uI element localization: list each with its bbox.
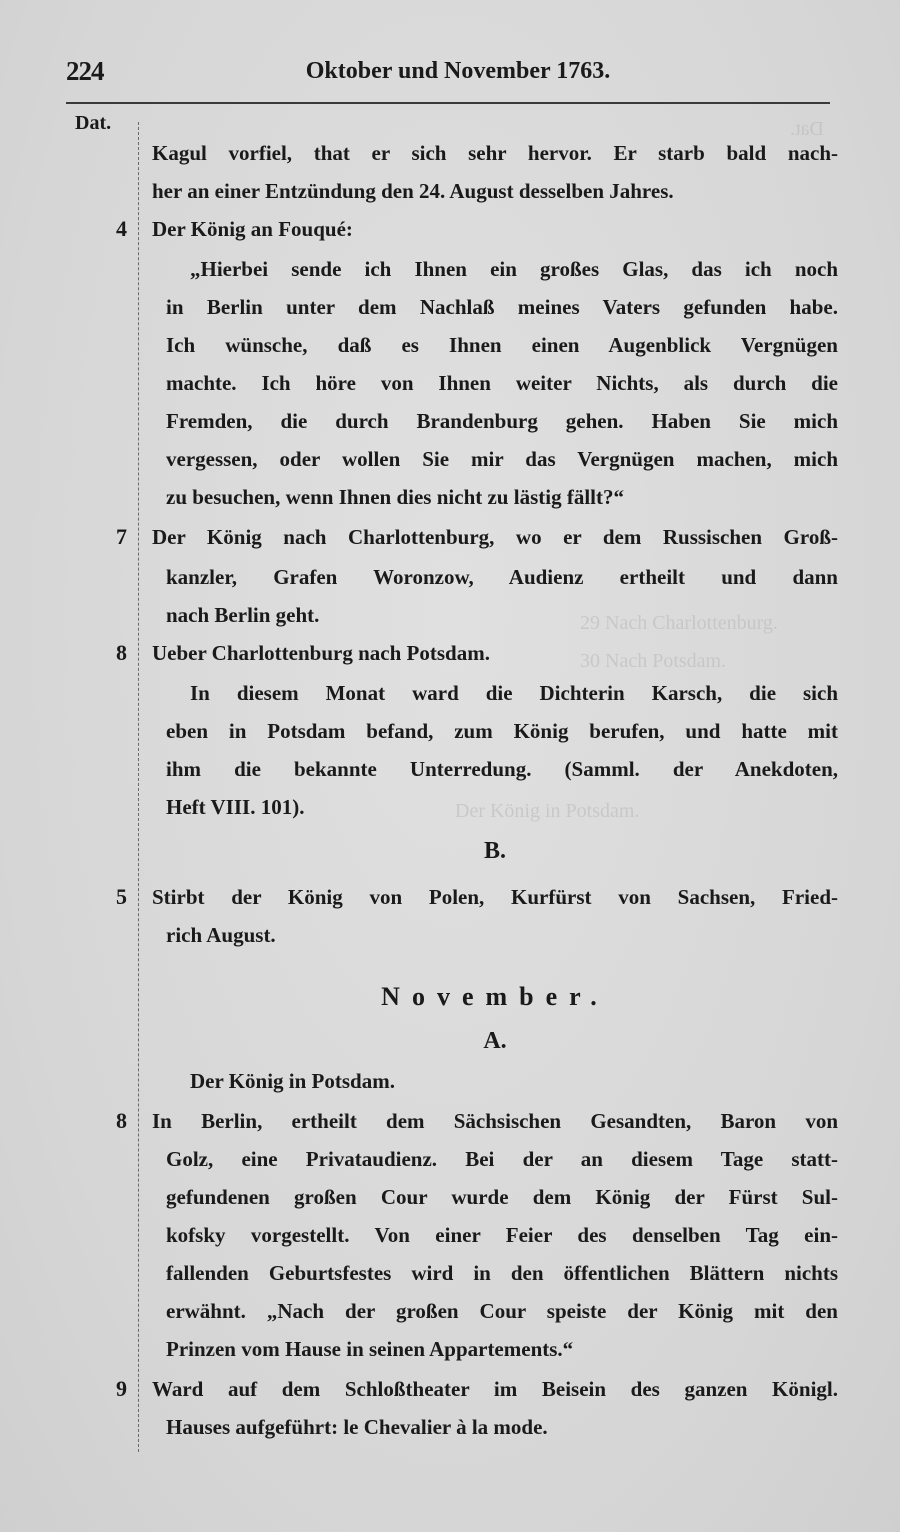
- text-line: Prinzen vom Hause in seinen Appartements…: [166, 1330, 838, 1368]
- text-line: Golz, eine Privataudienz. Bei der an die…: [166, 1140, 838, 1178]
- text-line: eben in Potsdam befand, zum König berufe…: [166, 712, 838, 750]
- text-line: nach Berlin geht.: [166, 596, 838, 634]
- text-line: Ich wünsche, daß es Ihnen einen Augenbli…: [166, 326, 838, 364]
- text-line: her an einer Entzündung den 24. August d…: [152, 172, 838, 210]
- text-line: Hauses aufgeführt: le Chevalier à la mod…: [166, 1408, 838, 1446]
- text-line: In Berlin, ertheilt dem Sächsischen Gesa…: [152, 1102, 838, 1140]
- section-heading-a: A.: [152, 1022, 838, 1060]
- entry-date: 9: [105, 1370, 127, 1408]
- entry-date: 8: [105, 634, 127, 672]
- text-line: kofsky vorgestellt. Von einer Feier des …: [166, 1216, 838, 1254]
- text-line: in Berlin unter dem Nachlaß meines Vater…: [166, 288, 838, 326]
- text-line: zu besuchen, wenn Ihnen dies nicht zu lä…: [166, 478, 838, 516]
- entry-date: 4: [105, 210, 127, 248]
- running-title: Oktober und November 1763.: [66, 58, 830, 85]
- text-line: Ueber Charlottenburg nach Potsdam.: [152, 634, 838, 672]
- section-heading-b: B.: [152, 832, 838, 870]
- text-line: In diesem Monat ward die Dichterin Karsc…: [190, 674, 838, 712]
- text-line: Ward auf dem Schloßtheater im Beisein de…: [152, 1370, 838, 1408]
- entry-date: 5: [105, 878, 127, 916]
- text-line: vergessen, oder wollen Sie mir das Vergn…: [166, 440, 838, 478]
- entry-date: 7: [105, 518, 127, 556]
- text-line: Der König an Fouqué:: [152, 210, 838, 248]
- header-rule: [66, 102, 830, 104]
- text-line: gefundenen großen Cour wurde dem König d…: [166, 1178, 838, 1216]
- text-line: Der König in Potsdam.: [190, 1062, 838, 1100]
- text-line: ihm die bekannte Unterredung. (Samml. de…: [166, 750, 838, 788]
- date-column-divider: [138, 122, 139, 1452]
- text-line: erwähnt. „Nach der großen Cour speiste d…: [166, 1292, 838, 1330]
- text-line: fallenden Geburtsfestes wird in den öffe…: [166, 1254, 838, 1292]
- text-line: „Hierbei sende ich Ihnen ein großes Glas…: [190, 250, 838, 288]
- date-column-label: Dat.: [75, 112, 111, 135]
- month-heading: November.: [152, 978, 838, 1016]
- text-line: Kagul vorfiel, that er sich sehr hervor.…: [152, 134, 838, 172]
- text-line: machte. Ich höre von Ihnen weiter Nichts…: [166, 364, 838, 402]
- text-line: rich August.: [166, 916, 838, 954]
- text-line: kanzler, Grafen Woronzow, Audienz erthei…: [166, 558, 838, 596]
- page-header: 224 Oktober und November 1763.: [66, 56, 830, 96]
- entry-date: 8: [105, 1102, 127, 1140]
- text-line: Heft VIII. 101).: [166, 788, 838, 826]
- book-page: 224 Oktober und November 1763. Dat. Dat.…: [0, 0, 900, 1532]
- text-line: Stirbt der König von Polen, Kurfürst von…: [152, 878, 838, 916]
- text-line: Fremden, die durch Brandenburg gehen. Ha…: [166, 402, 838, 440]
- text-line: Der König nach Charlottenburg, wo er dem…: [152, 518, 838, 556]
